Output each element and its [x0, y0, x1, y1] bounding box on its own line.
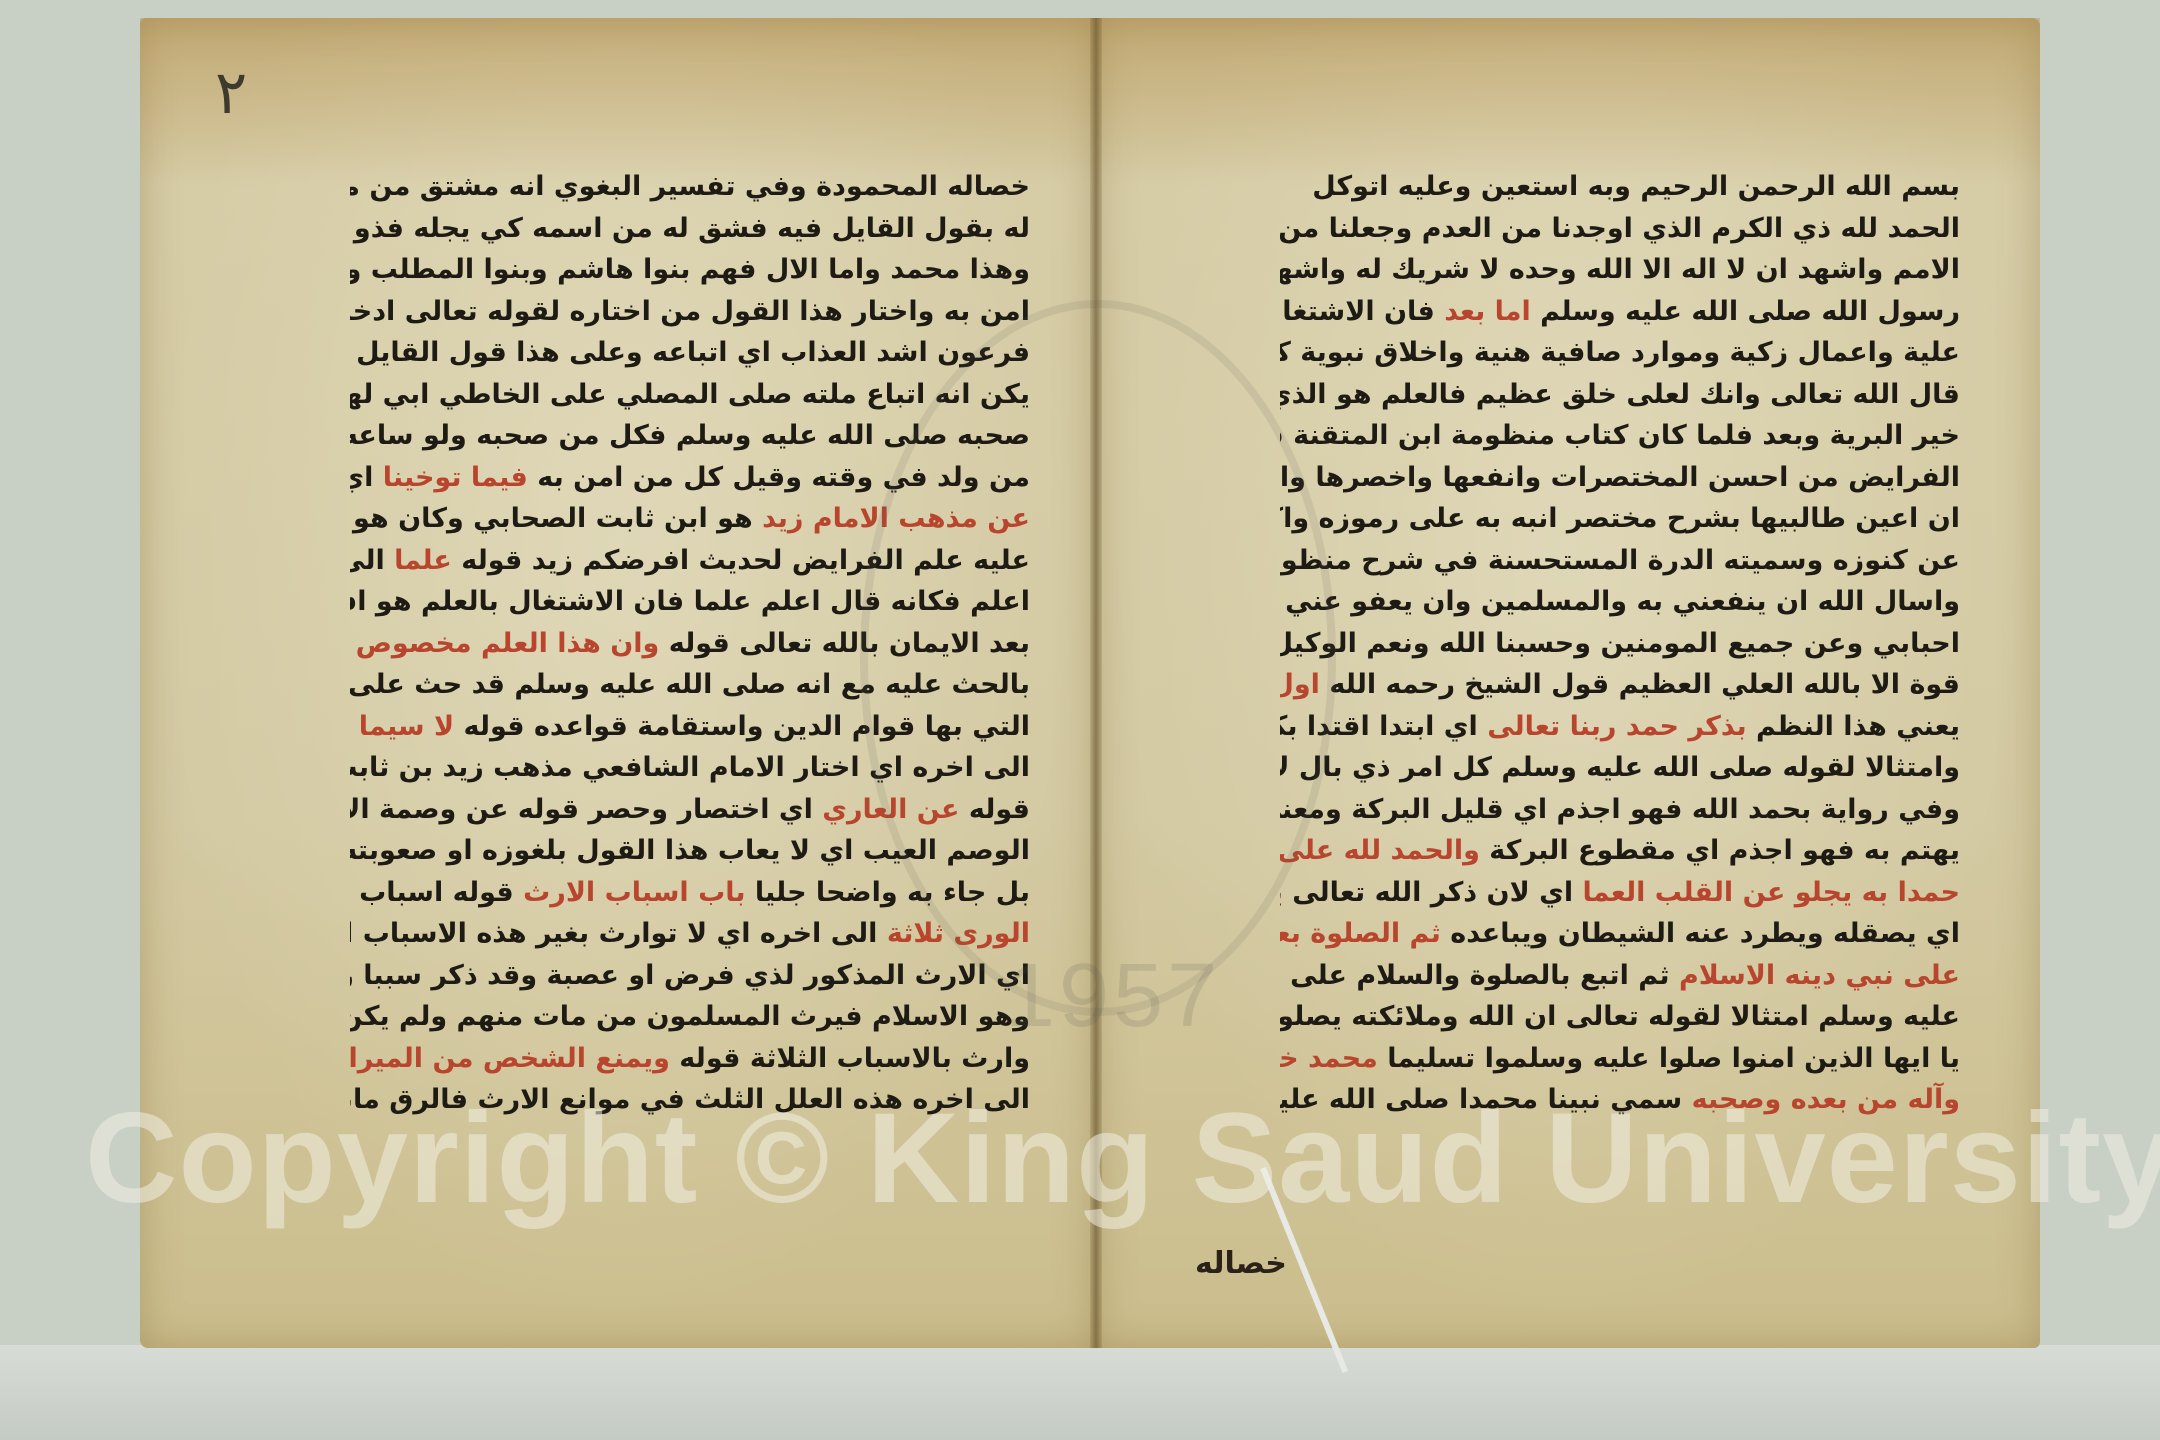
line-text: احبابي وعن جميع المومنين وحسبنا الله ونع…	[1280, 628, 1960, 659]
manuscript-line: وامتثالا لقوله صلى الله عليه وسلم كل امر…	[1280, 747, 1960, 789]
manuscript-line: وهو الاسلام فيرث المسلمون من مات منهم ول…	[350, 996, 1030, 1038]
line-text: يعني هذا النظم	[1747, 711, 1960, 742]
line-text: اي قصدنا	[350, 462, 383, 493]
rubric-text: فيما توخينا	[383, 462, 528, 493]
manuscript-line: واسال الله ان ينفعني به والمسلمين وان يع…	[1280, 581, 1960, 623]
manuscript-line: خير البرية وبعد فلما كان كتاب منظومة ابن…	[1280, 415, 1960, 457]
line-text: الى اخره هو مصدر	[350, 545, 394, 576]
manuscript-line: له بقول القايل فيه فشق له من اسمه كي يجل…	[350, 208, 1030, 250]
line-text: ان اعين طالبيها بشرح مختصر انبه به على ر…	[1280, 503, 1960, 534]
manuscript-line: الفرايض من احسن المختصرات وانفعها واخصره…	[1280, 457, 1960, 499]
water-stain	[140, 18, 1095, 188]
line-text: اي الارث المذكور لذي فرض او عصبة وقد ذكر…	[350, 960, 1030, 991]
line-text: وفي رواية بحمد الله فهو اجذم اي قليل الب…	[1280, 794, 1960, 825]
water-stain	[1095, 18, 2040, 188]
manuscript-line: علية واعمال زكية وموارد صافية هنية واخلا…	[1280, 332, 1960, 374]
line-text: عليه وسلم امتثالا لقوله تعالى ان الله وم…	[1280, 1001, 1960, 1032]
line-text: الى اخره اي لا توارث بغير هذه الاسباب ال…	[350, 918, 887, 949]
manuscript-line: فرعون اشد العذاب اي اتباعه وعلى هذا قول …	[350, 332, 1030, 374]
manuscript-line: الورى ثلاثة الى اخره اي لا توارث بغير هذ…	[350, 913, 1030, 955]
manuscript-line: وهذا محمد واما الال فهم بنوا هاشم وبنوا …	[350, 249, 1030, 291]
line-text: اي اختصار وحصر قوله عن وصمة الالغاز	[350, 794, 822, 825]
seal-year: 1957	[1005, 945, 1221, 1048]
line-text: يهتم به فهو اجذم اي مقطوع البركة	[1480, 835, 1960, 866]
rubric-text: والحمد لله على ما انعما	[1280, 835, 1480, 866]
manuscript-line: اي الارث المذكور لذي فرض او عصبة وقد ذكر…	[350, 955, 1030, 997]
line-text: هو ابن ثابت الصحابي وكان هو الذي يدور	[350, 503, 762, 534]
manuscript-line: يا ايها الذين امنوا صلوا عليه وسلموا تسل…	[1280, 1038, 1960, 1080]
line-text: وامتثالا لقوله صلى الله عليه وسلم كل امر…	[1280, 752, 1960, 783]
line-text: فرعون اشد العذاب اي اتباعه وعلى هذا قول …	[350, 337, 1030, 368]
university-seal-watermark	[860, 300, 1336, 1016]
manuscript-line: اي يصقله ويطرد عنه الشيطان ويباعده ثم ال…	[1280, 913, 1960, 955]
rubric-text: بذكر حمد ربنا تعالى	[1487, 711, 1746, 742]
line-text: عن كنوزه وسميته الدرة المستحسنة في شرح م…	[1280, 545, 1960, 576]
line-text: قوله اسباب ميراث	[350, 877, 523, 908]
manuscript-line: امن به واختار هذا القول من اختاره لقوله …	[350, 291, 1030, 333]
line-text: وهذا محمد واما الال فهم بنوا هاشم وبنوا …	[350, 254, 1030, 285]
manuscript-line: يعني هذا النظم بذكر حمد ربنا تعالى اي اب…	[1280, 706, 1960, 748]
backdrop	[0, 1345, 2160, 1440]
manuscript-line: وارث بالاسباب الثلاثة قوله ويمنع الشخص م…	[350, 1038, 1030, 1080]
line-text: فان الاشتغال بالعلم درجات	[1280, 296, 1444, 327]
line-text: الفرايض من احسن المختصرات وانفعها واخصره…	[1280, 462, 1960, 493]
manuscript-line: قال الله تعالى وانك لعلى خلق عظيم فالعلم…	[1280, 374, 1960, 416]
line-text: واسال الله ان ينفعني به والمسلمين وان يع…	[1280, 586, 1960, 617]
line-text: قال الله تعالى وانك لعلى خلق عظيم فالعلم…	[1280, 379, 1960, 410]
line-text: علية واعمال زكية وموارد صافية هنية واخلا…	[1280, 337, 1960, 368]
rubric-text: اما بعد	[1444, 296, 1530, 327]
line-text: ثم اتبع بالصلوة والسلام على النبي صلى ال…	[1280, 960, 1679, 991]
manuscript-line: احبابي وعن جميع المومنين وحسبنا الله ونع…	[1280, 623, 1960, 665]
manuscript-line: وفي رواية بحمد الله فهو اجذم اي قليل الب…	[1280, 789, 1960, 831]
line-text: وهو الاسلام فيرث المسلمون من مات منهم ول…	[350, 1001, 1030, 1032]
manuscript-line: عن كنوزه وسميته الدرة المستحسنة في شرح م…	[1280, 540, 1960, 582]
manuscript-line: قوة الا بالله العلي العظيم قول الشيخ رحم…	[1280, 664, 1960, 706]
manuscript-line: خصاله المحمودة وفي تفسير البغوي انه مشتق…	[350, 166, 1030, 208]
line-text: له بقول القايل فيه فشق له من اسمه كي يجل…	[350, 213, 1030, 244]
manuscript-line: حمدا به يجلو عن القلب العما اي لان ذكر ا…	[1280, 872, 1960, 914]
line-text: خصاله المحمودة وفي تفسير البغوي انه مشتق…	[350, 171, 1030, 202]
rubric-text: على نبي دينه الاسلام	[1679, 960, 1960, 991]
line-text: اي لان ذكر الله تعالى يصفي القلب	[1280, 877, 1582, 908]
line-text: اي يصقله ويطرد عنه الشيطان ويباعده	[1441, 918, 1960, 949]
manuscript-line: بسم الله الرحمن الرحيم وبه استعين وعليه …	[1280, 166, 1960, 208]
rubric-text: باب اسباب الارث	[523, 877, 745, 908]
rubric-text: لا سيما وقد جاء	[350, 711, 454, 742]
manuscript-line: الحمد لله ذي الكرم الذي اوجدنا من العدم …	[1280, 208, 1960, 250]
rubric-text: ثم الصلوة بعد والسلام	[1280, 918, 1441, 949]
line-text: الامم واشهد ان لا اله الا الله وحده لا ش…	[1280, 254, 1960, 285]
copyright-watermark: Copyright © King Saud University	[85, 1085, 2085, 1232]
line-text: الحمد لله ذي الكرم الذي اوجدنا من العدم …	[1280, 213, 1960, 244]
line-text: قوة الا بالله العلي العظيم قول الشيخ رحم…	[1320, 669, 1960, 700]
line-text: بسم الله الرحمن الرحيم وبه استعين وعليه …	[1312, 171, 1960, 202]
rubric-text: وان هذا العلم مخصوص	[356, 628, 660, 659]
right-page-text: بسم الله الرحمن الرحيم وبه استعين وعليه …	[1280, 166, 1960, 1121]
line-text: امن به واختار هذا القول من اختاره لقوله …	[350, 296, 1030, 327]
rubric-text: محمد خاتم رسل ربه	[1280, 1043, 1378, 1074]
line-text: خير البرية وبعد فلما كان كتاب منظومة ابن…	[1280, 420, 1960, 451]
manuscript-line: يهتم به فهو اجذم اي مقطوع البركة والحمد …	[1280, 830, 1960, 872]
line-text: يكن انه اتباع ملته صلى المصلي على الخاطي…	[350, 379, 1030, 410]
line-text: رسول الله صلى الله عليه وسلم	[1531, 296, 1960, 327]
rubric-text: ويمنع الشخص من الميراث	[350, 1043, 670, 1074]
manuscript-line: الامم واشهد ان لا اله الا الله وحده لا ش…	[1280, 249, 1960, 291]
line-text: وارث بالاسباب الثلاثة قوله	[670, 1043, 1030, 1074]
manuscript-line: عليه وسلم امتثالا لقوله تعالى ان الله وم…	[1280, 996, 1960, 1038]
rubric-text: علما	[394, 545, 452, 576]
rubric-text: حمدا به يجلو عن القلب العما	[1582, 877, 1960, 908]
catchword: خصاله	[1195, 1246, 1287, 1281]
manuscript-line: ان اعين طالبيها بشرح مختصر انبه به على ر…	[1280, 498, 1960, 540]
line-text: يا ايها الذين امنوا صلوا عليه وسلموا تسل…	[1378, 1043, 1960, 1074]
folio-number: ٢	[215, 58, 247, 128]
manuscript-line: على نبي دينه الاسلام ثم اتبع بالصلوة وال…	[1280, 955, 1960, 997]
manuscript-line: رسول الله صلى الله عليه وسلم اما بعد فان…	[1280, 291, 1960, 333]
